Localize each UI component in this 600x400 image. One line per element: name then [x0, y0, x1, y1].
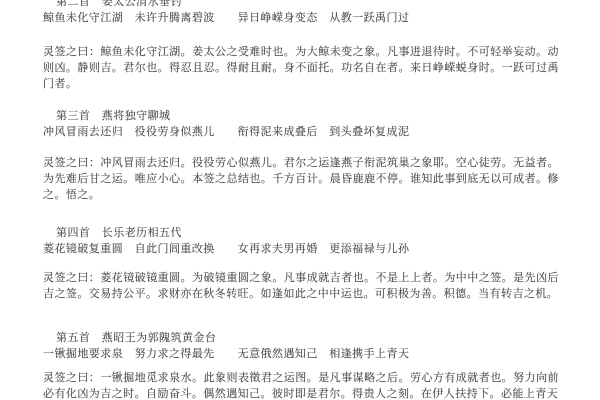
poem-line: 一锹掘地要求泉 努力求之得最先 无意俄然遇知己 相逢携手上青天: [43, 346, 559, 362]
verse-section: 第二首 姜太公渭水垂钓 鲸鱼未化守江湖 未许升腾离碧波 异日峥嵘身变态 从教一跃…: [43, 0, 559, 92]
commentary-paragraph: 灵签之曰：一锹掘地觅求泉水。此象则表徵君之运图。是凡事谋略之后。劳心方有成就者也…: [43, 370, 559, 400]
verse-section: 第三首 燕将独守聊城 冲风冒雨去还归 役役劳身似燕儿 衔得泥来成叠后 到头叠坏复…: [43, 108, 559, 203]
text-column: 第二首 姜太公渭水垂钓 鲸鱼未化守江湖 未许升腾离碧波 异日峥嵘身变态 从教一跃…: [43, 0, 559, 400]
section-title: 第二首 姜太公渭水垂钓: [43, 0, 559, 10]
commentary-paragraph: 灵签之曰：鲸鱼未化守江湖。姜太公之受难时也。为大鲸未变之象。凡事进退待时。不可轻…: [43, 44, 559, 92]
poem-line: 冲风冒雨去还归 役役劳身似燕儿 衔得泥来成叠后 到头叠坏复成泥: [43, 124, 559, 140]
section-title: 第四首 长乐老历相五代: [43, 225, 559, 241]
verse-section: 第五首 燕昭王为郭隗筑黄金台 一锹掘地要求泉 努力求之得最先 无意俄然遇知己 相…: [43, 330, 559, 400]
verse-section: 第四首 长乐老历相五代 菱花镜破复重圆 自此门闾重改换 女再求夫男再婚 更添福禄…: [43, 225, 559, 302]
commentary-paragraph: 灵签之曰：冲风冒雨去还归。役役劳心似燕儿。君尔之运逢燕子衔泥筑巢之象耶。空心徒劳…: [43, 155, 559, 203]
section-title: 第三首 燕将独守聊城: [43, 108, 559, 124]
poem-line: 菱花镜破复重圆 自此门闾重改换 女再求夫男再婚 更添福禄与儿孙: [43, 241, 559, 257]
section-title: 第五首 燕昭王为郭隗筑黄金台: [43, 330, 559, 346]
poem-line: 鲸鱼未化守江湖 未许升腾离碧波 异日峥嵘身变态 从教一跃禹门过: [43, 10, 559, 26]
document-page: 第二首 姜太公渭水垂钓 鲸鱼未化守江湖 未许升腾离碧波 异日峥嵘身变态 从教一跃…: [0, 0, 600, 400]
commentary-paragraph: 灵签之曰：菱花镜破镜重圆。为破镜重圆之象。凡事成就吉者也。不是上上者。为中中之签…: [43, 270, 559, 302]
